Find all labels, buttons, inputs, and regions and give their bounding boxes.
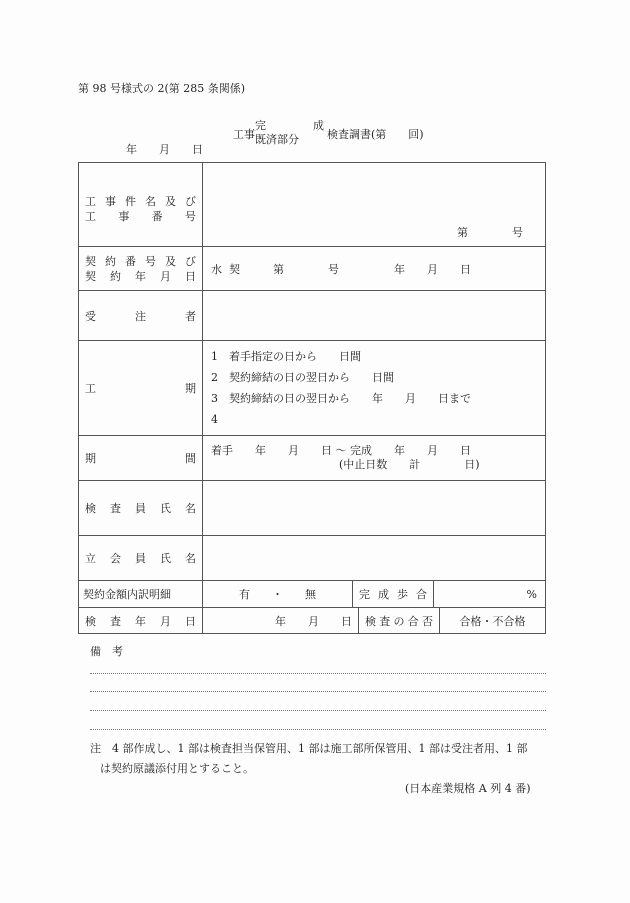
label-char: び (185, 194, 196, 209)
label-char: 工 (85, 194, 96, 209)
label-char: 成 (378, 586, 389, 602)
note-line-1: 注 4 部作成し、1 部は検査担当保管用、1 部は施工部所保管用、1 部は受注者… (90, 740, 527, 756)
jis-size-note: (日本産業規格 A 列 4 番) (405, 780, 531, 796)
label-project: 工事件名及び 工事番号 (79, 163, 203, 247)
breakdown-subtable: 有 ・ 無 完成歩合 % (203, 581, 545, 607)
value-period-terms: 1 着手指定の日から 日間 2 契約締結の日の翌日から 日間 3 契約締結の日の… (203, 341, 546, 436)
label-char: 日 (185, 613, 196, 629)
label-char: 日 (185, 269, 196, 284)
breakdown-split: 有 ・ 無 完成歩合 % (203, 581, 546, 608)
label-duration: 期間 (79, 436, 203, 481)
label-inspection-date: 検査年月日 (79, 608, 203, 634)
title-prefix: 工事 (233, 126, 255, 142)
period-option-3[interactable]: 3 契約締結の日の翌日から 年 月 日まで (211, 388, 537, 409)
row-project: 工事件名及び 工事番号 第 号 (79, 163, 546, 247)
row-inspection-date: 検査年月日 年 月 日 検査の合否 合格・不合格 (79, 608, 546, 634)
label-progress: 完成歩合 (353, 581, 434, 607)
label-char: 会 (110, 550, 121, 566)
label-char: 氏 (160, 500, 171, 516)
label-char: び (185, 254, 196, 269)
label-char: 件 (125, 194, 136, 209)
label-char: 者 (185, 308, 196, 324)
row-inspector: 検査員氏名 (79, 481, 546, 536)
label-char: 査 (110, 613, 121, 629)
label-contractor: 受注者 (79, 291, 203, 341)
label-inspection-result: 検査の合否 (359, 608, 440, 633)
label-char: 及 (165, 254, 176, 269)
remarks-line-2[interactable] (90, 691, 546, 692)
row-contract: 契約番号及び 契約年月日 水 契 第 号 年 月 日 (79, 247, 546, 291)
label-char: 契 (85, 254, 96, 269)
inspection-form-table: 工事件名及び 工事番号 第 号 契約番号及び 契約年月日 水 契 第 号 年 月… (78, 162, 546, 634)
row-duration: 期間 着手 年 月 日 〜 完成 年 月 日 (中止日数 計 日) (79, 436, 546, 481)
label-contract: 契約番号及び 契約年月日 (79, 247, 203, 291)
label-char: 受 (85, 308, 96, 324)
label-char: 合 (408, 613, 419, 629)
label-char: 番 (125, 254, 136, 269)
label-char: 検 (85, 500, 96, 516)
label-char: 約 (105, 254, 116, 269)
label-char: 号 (145, 254, 156, 269)
label-char: 年 (135, 269, 146, 284)
label-char: 月 (160, 613, 171, 629)
label-char: 工 (85, 209, 96, 224)
note-line-2: は契約原議添付用とすること。 (100, 760, 254, 776)
remarks-line-4[interactable] (90, 729, 546, 730)
label-char: 査 (379, 613, 390, 629)
duration-start-end: 着手 年 月 日 〜 完成 年 月 日 (211, 444, 537, 458)
label-char: 注 (135, 308, 146, 324)
row-witness: 立会員氏名 (79, 536, 546, 581)
row-contractor: 受注者 (79, 291, 546, 341)
inspection-date-split: 年 月 日 検査の合否 合格・不合格 (203, 608, 546, 634)
value-inspector[interactable] (203, 481, 546, 536)
value-breakdown[interactable]: 有 ・ 無 (203, 581, 353, 607)
label-char: 契 (85, 269, 96, 284)
label-char: 月 (160, 269, 171, 284)
label-char: 名 (185, 500, 196, 516)
remarks-line-1[interactable] (90, 673, 546, 674)
label-char: 立 (85, 550, 96, 566)
title-suffix: 検査調書(第 回) (327, 126, 424, 142)
remarks-label: 備 考 (90, 643, 123, 659)
row-breakdown: 契約金額内訳明細 有 ・ 無 完成歩合 % (79, 581, 546, 608)
contract-number-date: 水 契 第 号 年 月 日 (211, 263, 471, 276)
document-date: 年 月 日 (126, 141, 203, 157)
duration-suspended-days: (中止日数 計 日) (211, 458, 537, 472)
label-char: 員 (135, 550, 146, 566)
label-char: 事 (118, 209, 129, 224)
row-period-terms: 工期 1 着手指定の日から 日間 2 契約締結の日の翌日から 日間 3 契約締結… (79, 341, 546, 436)
label-char: 事 (105, 194, 116, 209)
label-char: 約 (110, 269, 121, 284)
document-title: 工事完成既済部分検査調書(第 回) (226, 104, 424, 134)
period-option-1[interactable]: 1 着手指定の日から 日間 (211, 346, 537, 367)
label-char: 査 (110, 500, 121, 516)
label-char: 期 (185, 380, 196, 396)
label-char: の (394, 613, 405, 629)
title-stack-top-right: 成 (313, 117, 324, 133)
project-number: 第 号 (457, 226, 523, 239)
label-period-terms: 工期 (79, 341, 203, 436)
value-duration[interactable]: 着手 年 月 日 〜 完成 年 月 日 (中止日数 計 日) (203, 436, 546, 481)
label-char: 号 (185, 209, 196, 224)
label-inspector: 検査員氏名 (79, 481, 203, 536)
label-char: 番 (152, 209, 163, 224)
period-option-4[interactable]: 4 (211, 409, 537, 430)
title-stack: 完成既済部分 (255, 117, 327, 147)
value-contract[interactable]: 水 契 第 号 年 月 日 (203, 247, 546, 291)
label-char: 名 (145, 194, 156, 209)
label-char: 検 (85, 613, 96, 629)
label-char: 期 (85, 450, 96, 466)
inspection-subtable: 年 月 日 検査の合否 合格・不合格 (203, 608, 545, 633)
label-char: 及 (165, 194, 176, 209)
label-witness: 立会員氏名 (79, 536, 203, 581)
value-inspection-date[interactable]: 年 月 日 (203, 608, 359, 633)
label-char: 検 (365, 613, 376, 629)
label-char: 歩 (397, 586, 408, 602)
value-inspection-result[interactable]: 合格・不合格 (440, 608, 546, 633)
label-char: 合 (416, 586, 427, 602)
title-stack-bottom: 既済部分 (255, 131, 299, 147)
form-number-label: 第 98 号様式の 2(第 285 条関係) (78, 80, 245, 96)
value-contractor[interactable] (203, 291, 546, 341)
value-project[interactable]: 第 号 (203, 163, 546, 247)
label-char: 年 (135, 613, 146, 629)
label-char: 名 (185, 550, 196, 566)
label-char: 完 (359, 586, 370, 602)
label-char: 間 (185, 450, 196, 466)
label-char: 氏 (160, 550, 171, 566)
label-char: 工 (85, 380, 96, 396)
label-char: 否 (422, 613, 433, 629)
label-breakdown: 契約金額内訳明細 (79, 581, 203, 608)
value-progress-percent[interactable]: % (434, 581, 546, 607)
label-char: 員 (135, 500, 146, 516)
value-witness[interactable] (203, 536, 546, 581)
period-option-2[interactable]: 2 契約締結の日の翌日から 日間 (211, 367, 537, 388)
remarks-line-3[interactable] (90, 710, 546, 711)
